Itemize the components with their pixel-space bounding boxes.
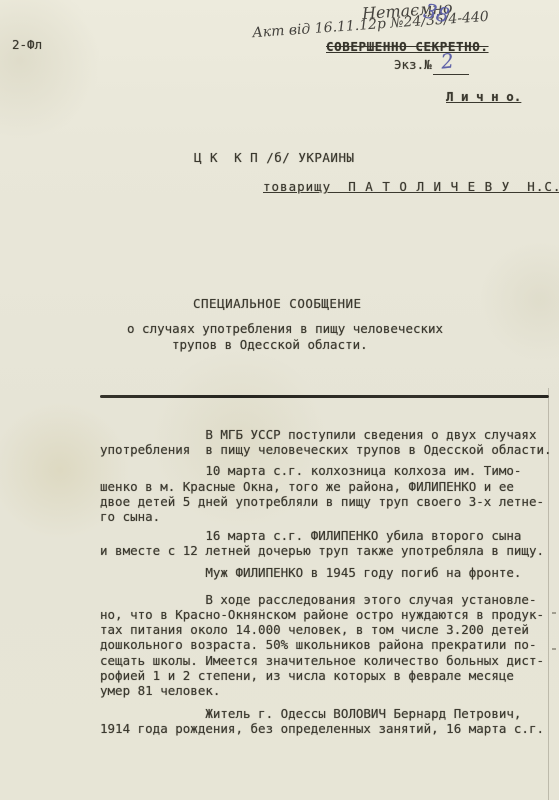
text-line: В ходе расследования этого случая устано… — [100, 592, 555, 607]
secrecy-stamp: СОВЕРШЕННО СЕКРЕТНО. — [326, 39, 489, 54]
document-subtitle-line2: трупов в Одесской области. — [172, 337, 368, 352]
text-line: двое детей 5 дней употребляли в пищу тру… — [100, 494, 555, 509]
addressee-person: товарищу П А Т О Л И Ч Е В У Н.С. — [263, 179, 559, 194]
text-line: тах питания около 14.000 человек, в том … — [100, 622, 555, 637]
text-line: шенко в м. Красные Окна, того же района,… — [100, 479, 555, 494]
copies-note: 2-Фл — [12, 37, 42, 52]
text-line: В МГБ УССР поступили сведения о двух слу… — [100, 427, 555, 442]
text-line: умер 81 человек. — [100, 683, 555, 698]
text-line: но, что в Красно-Окнянском районе остро … — [100, 607, 555, 622]
paragraph: Житель г. Одессы ВОЛОВИЧ Бернард Петрови… — [100, 706, 555, 736]
paragraph: В МГБ УССР поступили сведения о двух слу… — [100, 427, 555, 457]
text-line: дошкольного возраста. 50% школьников рай… — [100, 637, 555, 652]
paragraph: 10 марта с.г. колхозница колхоза им. Тим… — [100, 463, 555, 524]
text-line: го сына. — [100, 509, 555, 524]
paragraph: В ходе расследования этого случая устано… — [100, 592, 555, 698]
document-body: В МГБ УССР поступили сведения о двух слу… — [100, 427, 555, 737]
paragraph: 16 марта с.г. ФИЛИПЕНКО убила второго сы… — [100, 528, 555, 558]
text-line: сещать школы. Имеется значительное колич… — [100, 653, 555, 668]
text-line: употребления в пищу человеческих трупов … — [100, 442, 555, 457]
copy-number-label: Экз.№ — [394, 57, 432, 72]
text-line: рофией 1 и 2 степени, из числа которых в… — [100, 668, 555, 683]
horizontal-rule — [100, 395, 549, 398]
addressee-organization: Ц К К П /б/ УКРАИНЫ — [194, 150, 355, 165]
copy-number-underline — [433, 74, 469, 75]
document-title: СПЕЦИАЛЬНОЕ СООБЩЕНИЕ — [193, 296, 362, 311]
document-subtitle-line1: о случаях употребления в пищу человеческ… — [127, 321, 443, 336]
document-page: Нетаємно Акт від 16.11.12р №24/35/4-440 … — [0, 0, 559, 800]
personal-label: Л и ч н о. — [446, 89, 521, 104]
text-line: 10 марта с.г. колхозница колхоза им. Тим… — [100, 463, 555, 478]
text-line: и вместе с 12 летней дочерью труп также … — [100, 543, 555, 558]
paragraph: Муж ФИЛИПЕНКО в 1945 году погиб на фронт… — [100, 565, 555, 580]
text-line: 1914 года рождения, без определенных зан… — [100, 721, 555, 736]
text-line: 16 марта с.г. ФИЛИПЕНКО убила второго сы… — [100, 528, 555, 543]
text-line: Житель г. Одессы ВОЛОВИЧ Бернард Петрови… — [100, 706, 555, 721]
handwritten-copy-number: 2 — [440, 48, 455, 73]
text-line: Муж ФИЛИПЕНКО в 1945 году погиб на фронт… — [100, 565, 555, 580]
